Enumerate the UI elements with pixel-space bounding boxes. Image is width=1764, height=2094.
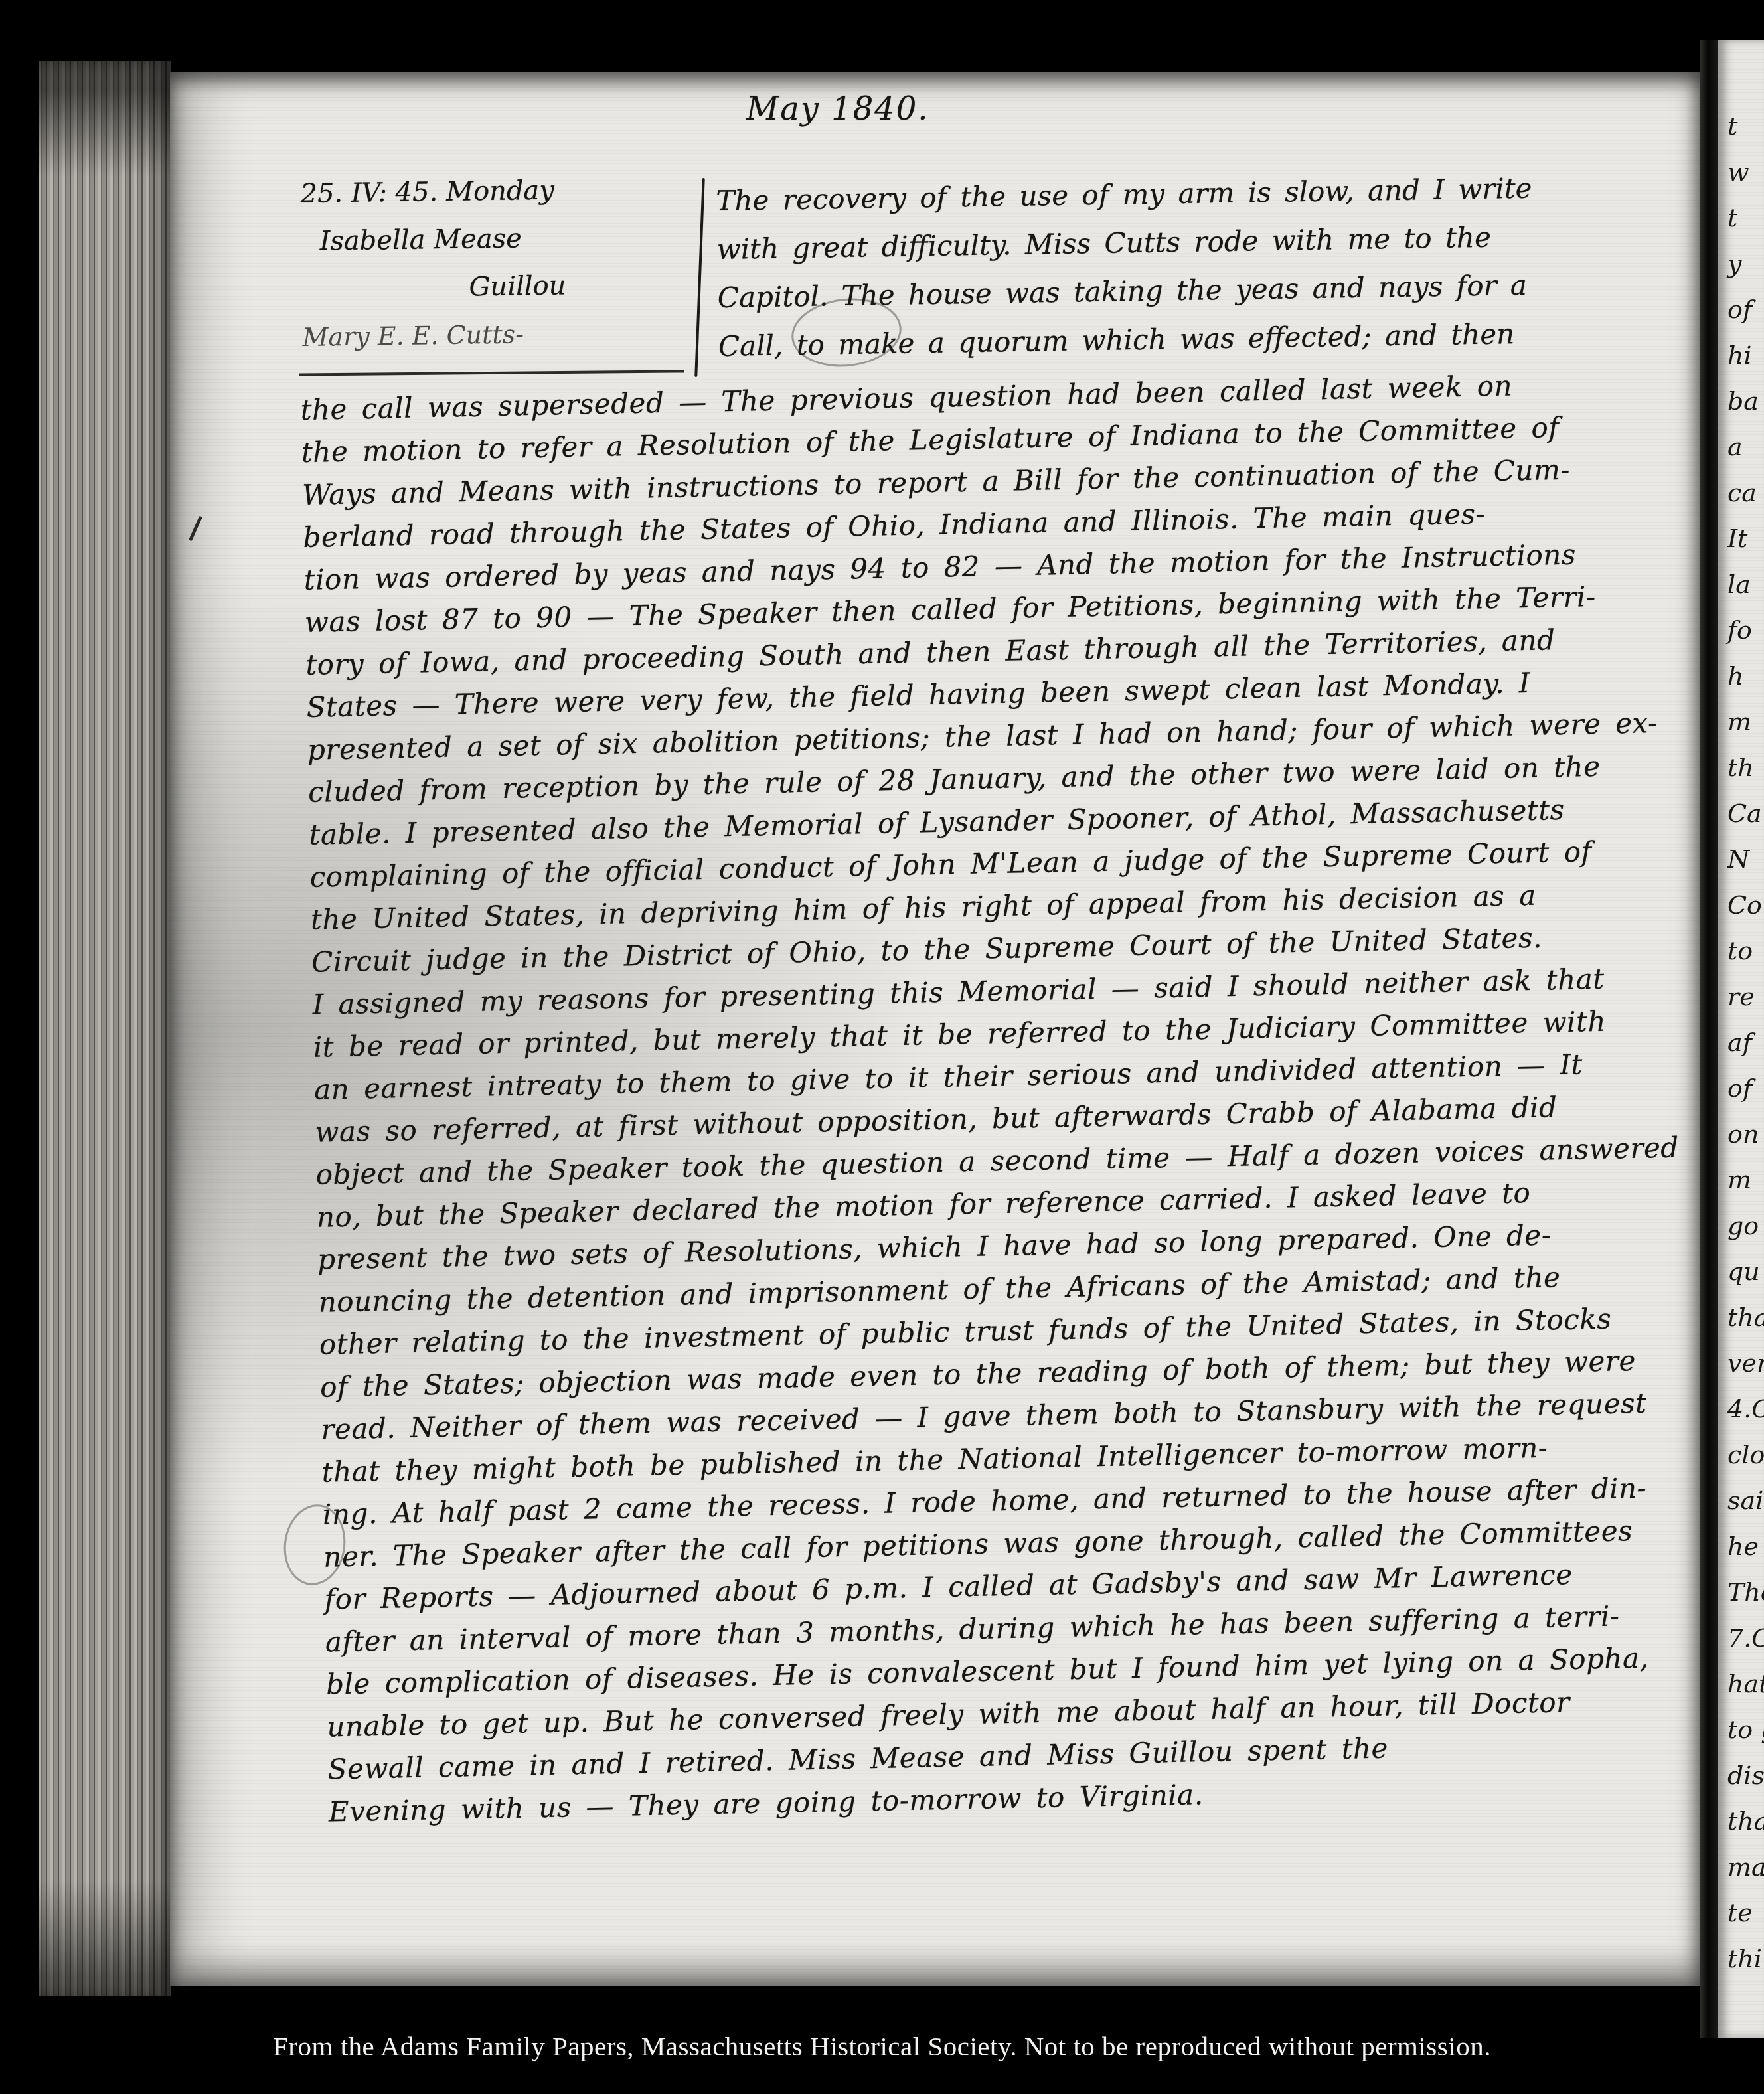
- fragment-line: go: [1727, 1203, 1764, 1249]
- fragment-line: ba: [1727, 378, 1764, 424]
- fragment-line: y: [1727, 241, 1764, 287]
- fragment-line: qu: [1727, 1249, 1764, 1295]
- fragment-line: tha: [1727, 1799, 1764, 1844]
- facing-page-sliver: twtyofhibaacaItlafohmthCaNCotoreafofonmg…: [1718, 40, 1764, 2038]
- entry-body: the call was superseded — The previous q…: [300, 361, 1729, 1834]
- fragment-line: th: [1727, 745, 1764, 791]
- fragment-line: The: [1727, 1570, 1764, 1615]
- fragment-line: N: [1727, 837, 1764, 882]
- fragment-line: m: [1727, 699, 1764, 745]
- margin-name-guillou: Guillou: [301, 262, 566, 313]
- fragment-line: hi: [1727, 333, 1764, 378]
- fragment-line: 4.O: [1727, 1386, 1764, 1432]
- margin-date-line: 25. IV: 45. Monday: [300, 166, 565, 218]
- margin-annotations: 25. IV: 45. Monday Isabella Mease Guillo…: [300, 166, 567, 361]
- fragment-line: Ca: [1727, 791, 1764, 837]
- scanned-diary-photo: May 1840. 25. IV: 45. Monday Isabella Me…: [0, 0, 1764, 2094]
- facing-page-fragments: twtyofhibaacaItlafohmthCaNCotoreafofonmg…: [1718, 40, 1764, 1982]
- fragment-line: hat: [1727, 1661, 1764, 1707]
- fragment-line: ca: [1727, 470, 1764, 516]
- fragment-line: t: [1727, 104, 1764, 149]
- archive-caption: From the Adams Family Papers, Massachuse…: [0, 2030, 1764, 2062]
- margin-name-cutts: Mary E. E. Cutts-: [302, 309, 567, 361]
- fragment-line: thi: [1727, 1936, 1764, 1982]
- book-page-edges: [39, 61, 171, 1996]
- fragment-line: of: [1727, 287, 1764, 333]
- margin-underline: [299, 370, 684, 376]
- fragment-line: 7.O: [1727, 1615, 1764, 1661]
- fragment-line: of: [1727, 1066, 1764, 1111]
- fragment-line: to g: [1727, 1707, 1764, 1753]
- margin-name-mease: Isabella Mease: [301, 214, 566, 266]
- fragment-line: clo: [1727, 1432, 1764, 1478]
- fragment-line: fo: [1727, 607, 1764, 653]
- fragment-line: af: [1727, 1020, 1764, 1066]
- fragment-line: ver: [1727, 1340, 1764, 1386]
- fragment-line: he f: [1727, 1524, 1764, 1570]
- stray-mark: [189, 516, 202, 542]
- fragment-line: sai: [1727, 1478, 1764, 1524]
- column-divider-line: [694, 178, 705, 377]
- fragment-line: la: [1727, 562, 1764, 607]
- fragment-line: on: [1727, 1111, 1764, 1157]
- fragment-line: It: [1727, 516, 1764, 562]
- fragment-line: m: [1727, 1157, 1764, 1203]
- entry-month-header: May 1840.: [746, 90, 929, 127]
- fragment-line: h: [1727, 653, 1764, 699]
- fragment-line: w: [1727, 149, 1764, 195]
- fragment-line: Co: [1727, 882, 1764, 928]
- fragment-line: ma: [1727, 1844, 1764, 1890]
- fragment-line: to: [1727, 928, 1764, 974]
- diary-page: May 1840. 25. IV: 45. Monday Isabella Me…: [170, 72, 1702, 1986]
- fragment-line: tha: [1727, 1295, 1764, 1340]
- fragment-line: te: [1727, 1890, 1764, 1936]
- fragment-line: re: [1727, 974, 1764, 1020]
- fragment-line: dis: [1727, 1753, 1764, 1799]
- fragment-line: t: [1727, 195, 1764, 241]
- fragment-line: a: [1727, 424, 1764, 470]
- book-gutter-shadow: [1700, 40, 1718, 2038]
